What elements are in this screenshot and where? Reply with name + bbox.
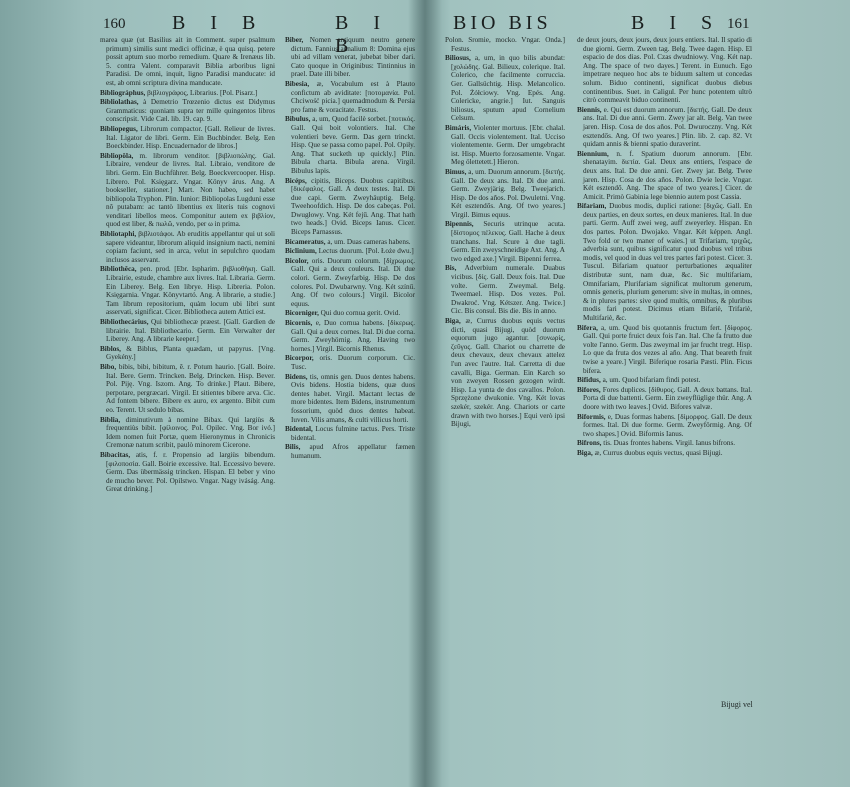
entry-definition: m. librorum venditor. [βιβλιοπώλης. Gal.… xyxy=(106,152,275,229)
entry-definition: a, um. Quod bifariam findi potest. xyxy=(603,376,701,384)
dictionary-entry: Bibliográphus, βιβλιογράφος, Librarius. … xyxy=(100,89,275,98)
entry-headword: Bibliopegus, xyxy=(100,125,138,133)
page-number-left: 160 xyxy=(103,16,126,33)
right-column-2: de deux jours, deux jours, deux jours en… xyxy=(577,36,752,676)
dictionary-entry: Bicameratus, a, um. Duas cameras habens. xyxy=(285,238,415,247)
entry-headword: Biformis, xyxy=(577,413,606,421)
entry-definition: Polon. Sromie, mocko. Vngar. Onda.] Fest… xyxy=(445,36,565,53)
dictionary-entry: Bibo, bibis, bibi, bibitum, ĕ. r. Potum … xyxy=(100,363,275,415)
entry-headword: Bidens, xyxy=(285,373,308,381)
entry-headword: Biennium, xyxy=(577,150,609,158)
entry-headword: Biclinium, xyxy=(285,247,317,255)
dictionary-entry: Bimus, a, um. Duorum annorum. [διετής. G… xyxy=(445,168,565,220)
right-column-1: Polon. Sromie, mocko. Vngar. Onda.] Fest… xyxy=(445,36,565,696)
entry-definition: bibis, bibi, bibitum, ĕ. r. Potum haurio… xyxy=(106,363,275,414)
dictionary-entry: Bibliothecárius, Qui bibliothecæ præest.… xyxy=(100,318,275,344)
dictionary-entry: Bidens, tis, omnis gen. Duos dentes habe… xyxy=(285,373,415,425)
entry-definition: æ, Vocabulum est à Plauto confictum ab a… xyxy=(291,80,415,114)
entry-headword: Bifores, xyxy=(577,386,601,394)
entry-definition: Fores duplices. [δίθυρος. Gall. A deux b… xyxy=(583,386,752,411)
entry-headword: Biennis, xyxy=(577,106,602,114)
dictionary-entry: de deux jours, deux jours, deux jours en… xyxy=(577,36,752,105)
dictionary-entry: Bibacitas, atis, f. r. Propensio ad larg… xyxy=(100,451,275,494)
entry-definition: de deux jours, deux jours, deux jours en… xyxy=(577,36,752,104)
dictionary-entry: Bicolor, oris. Duorum colorum. [δίχρωμος… xyxy=(285,257,415,309)
dictionary-entry: Biga, æ, Currus duobus equis vectus, qua… xyxy=(577,449,752,458)
entry-headword: Bicorniger, xyxy=(285,309,319,317)
page-number-right: 161 xyxy=(727,16,750,33)
entry-headword: Bidental, xyxy=(285,425,313,433)
catchword: Bijugi vel xyxy=(721,700,753,709)
entry-headword: Bicornis, xyxy=(285,319,312,327)
entry-headword: Bibliotaphi, xyxy=(100,230,136,238)
running-head-right-col1: BIO BIS xyxy=(453,12,552,35)
entry-definition: apud Afros appellatur fæmen humanum. xyxy=(291,443,415,460)
entry-headword: Bibulus, xyxy=(285,115,310,123)
dictionary-entry: Biclinium, Lectus duorum. [Pol. Łoże dwu… xyxy=(285,247,415,256)
dictionary-entry: Bifera, a, um. Quod bis quotannis fructu… xyxy=(577,324,752,376)
dictionary-entry: Polon. Sromie, mocko. Vngar. Onda.] Fest… xyxy=(445,36,565,53)
entry-definition: a, um. Duorum annorum. [διετής. Gall. De… xyxy=(451,168,565,219)
entry-definition: Duobus modis, duplici ratione: [διχῶς. G… xyxy=(583,202,752,322)
entry-definition: a, um. Duas cameras habens. xyxy=(327,238,410,246)
entry-headword: Bibo, xyxy=(100,363,116,371)
dictionary-entry: Bibliopegus, Librorum compactor. [Gall. … xyxy=(100,125,275,151)
entry-definition: Qui duo cornua gerit. Ovid. xyxy=(321,309,400,317)
entry-headword: Bibliopôla, xyxy=(100,152,133,160)
entry-definition: n. f. Spatium duorum annorum. [Ebr. shen… xyxy=(583,150,752,201)
entry-definition: pen. prod. [Ebr. Ispharim. βιβλιοθήκη. G… xyxy=(106,265,275,316)
entry-definition: βιβλιογράφος, Librarius. [Pol. Pisarz.] xyxy=(147,89,257,97)
entry-definition: e. Qui est duorum annorum. [διετής. Gall… xyxy=(583,106,752,148)
entry-headword: Bilis, xyxy=(285,443,300,451)
entry-headword: Bibliothêca, xyxy=(100,265,137,273)
entry-headword: Biga, xyxy=(445,317,461,325)
entry-definition: cipitis, Biceps. Duobus capitibus. [δικέ… xyxy=(291,177,415,237)
entry-headword: Bifrons, xyxy=(577,439,601,447)
dictionary-entry: Biennis, e. Qui est duorum annorum. [διε… xyxy=(577,106,752,149)
entry-definition: a, um, in quo bilis abundat: [χολώδης. G… xyxy=(451,54,565,122)
entry-headword: Bibliothecárius, xyxy=(100,318,149,326)
dictionary-entry: Bis, Adverbium numerale. Duabus vicibus.… xyxy=(445,264,565,316)
entry-headword: Bibliográphus, xyxy=(100,89,145,97)
entry-definition: Adverbium numerale. Duabus vicibus. [δίς… xyxy=(451,264,565,315)
dictionary-entry: Bimáris, Violenter mortuus. [Ebr. chalal… xyxy=(445,124,565,167)
entry-headword: Bibliolathas, xyxy=(100,98,139,106)
left-column-1: marea quæ (ut Basilius ait in Comment. s… xyxy=(100,36,275,656)
left-page: 160 B I B B I B marea quæ (ut Basilius a… xyxy=(0,0,425,787)
entry-headword: Bifidus, xyxy=(577,376,601,384)
dictionary-entry: Bibliolathas, à Demetrio Trœzenio dictus… xyxy=(100,98,275,124)
entry-definition: æ, Currus duobus equis vectus dicti, qua… xyxy=(451,317,565,428)
dictionary-entry: Bibliothêca, pen. prod. [Ebr. Ispharim. … xyxy=(100,265,275,317)
dictionary-entry: Biformis, e, Duas formas habens. [δίμορφ… xyxy=(577,413,752,439)
entry-definition: tis, omnis gen. Duos dentes habens. Ovis… xyxy=(291,373,415,424)
dictionary-entry: Biennium, n. f. Spatium duorum annorum. … xyxy=(577,150,752,202)
entry-headword: Bicéps, xyxy=(285,177,307,185)
entry-definition: æ, Currus duobus equis vectus, quasi Bij… xyxy=(595,449,723,457)
entry-headword: Bifera, xyxy=(577,324,598,332)
dictionary-entry: Bicorpor, oris. Duorum corporum. Cic. Tu… xyxy=(285,354,415,371)
entry-headword: Bicameratus, xyxy=(285,238,326,246)
dictionary-entry: Bibliotaphi, βιβλιοτάφοι. Ab eruditis ap… xyxy=(100,230,275,264)
book-spread: 160 B I B B I B marea quæ (ut Basilius a… xyxy=(0,0,850,787)
entry-headword: Bifariam, xyxy=(577,202,606,210)
dictionary-entry: Bibliopôla, m. librorum venditor. [βιβλι… xyxy=(100,152,275,229)
entry-definition: e, Duas formas habens. [δίμορφος. Gall. … xyxy=(583,413,752,438)
entry-headword: Bimáris, xyxy=(445,124,471,132)
dictionary-entry: Biblia, diminutivum à nomine Bibax. Qui … xyxy=(100,416,275,450)
dictionary-entry: Bibulus, a, um, Quod facilè sorbet. [ποτ… xyxy=(285,115,415,175)
dictionary-entry: Bipennis, Securis utrinque acuta. [δίστο… xyxy=(445,220,565,263)
dictionary-entry: Bilis, apud Afros appellatur fæmen human… xyxy=(285,443,415,460)
dictionary-entry: Bicornis, e, Duo cornua habens. [δίκερως… xyxy=(285,319,415,353)
entry-headword: Bipennis, xyxy=(445,220,474,228)
entry-headword: Bicorpor, xyxy=(285,354,314,362)
left-column-2: Biber, Nomen antiquum neutro genere dict… xyxy=(285,36,415,666)
entry-definition: & Biblus, Planta quædam, ut papyrus. [Vn… xyxy=(106,345,275,362)
entry-headword: Biblia, xyxy=(100,416,120,424)
dictionary-entry: Bifores, Fores duplices. [δίθυρος. Gall.… xyxy=(577,386,752,412)
dictionary-entry: Biga, æ, Currus duobus equis vectus dict… xyxy=(445,317,565,429)
dictionary-entry: Bidental, Locus fulmine tactus. Pers. Tr… xyxy=(285,425,415,442)
entry-headword: Bibesia, xyxy=(285,80,309,88)
dictionary-entry: Bicéps, cipitis, Biceps. Duobus capitibu… xyxy=(285,177,415,237)
entry-headword: Biliosus, xyxy=(445,54,471,62)
dictionary-entry: Bifrons, tis. Duas frontes habens. Virgi… xyxy=(577,439,752,448)
dictionary-entry: Bifidus, a, um. Quod bifariam findi pote… xyxy=(577,376,752,385)
entry-headword: Bicolor, xyxy=(285,257,309,265)
entry-headword: Biga, xyxy=(577,449,593,457)
dictionary-entry: Bifariam, Duobus modis, duplici ratione:… xyxy=(577,202,752,322)
entry-headword: Biblos, xyxy=(100,345,121,353)
dictionary-entry: Bicorniger, Qui duo cornua gerit. Ovid. xyxy=(285,309,415,318)
entry-headword: Bimus, xyxy=(445,168,466,176)
dictionary-entry: Bibesia, æ, Vocabulum est à Plauto confi… xyxy=(285,80,415,114)
dictionary-entry: Biliosus, a, um, in quo bilis abundat: [… xyxy=(445,54,565,123)
entry-definition: Nomen antiquum neutro genere dictum. Fan… xyxy=(291,36,415,78)
dictionary-entry: Biber, Nomen antiquum neutro genere dict… xyxy=(285,36,415,79)
entry-definition: marea quæ (ut Basilius ait in Comment. s… xyxy=(100,36,275,87)
right-page: BIO BIS B I S 161 Polon. Sromie, mocko. … xyxy=(425,0,850,787)
entry-headword: Biber, xyxy=(285,36,303,44)
entry-definition: diminutivum à nomine Bibax. Qui largiùs … xyxy=(106,416,275,450)
dictionary-entry: marea quæ (ut Basilius ait in Comment. s… xyxy=(100,36,275,88)
entry-definition: oris. Duorum colorum. [δίχρωμος. Gall. Q… xyxy=(291,257,415,308)
entry-headword: Bibacitas, xyxy=(100,451,130,459)
entry-definition: atis, f. r. Propensio ad largiùs bibendu… xyxy=(106,451,275,493)
running-head-right-col2: B I S xyxy=(631,12,722,35)
dictionary-entry: Biblos, & Biblus, Planta quædam, ut papy… xyxy=(100,345,275,362)
entry-definition: Lectus duorum. [Pol. Łoże dwu.] xyxy=(319,247,414,255)
entry-definition: a, um. Quod bis quotannis fructum fert. … xyxy=(583,324,752,375)
entry-headword: Bis, xyxy=(445,264,456,272)
entry-definition: tis. Duas frontes habens. Virgil. Ianus … xyxy=(603,439,735,447)
running-head-left-col1: B I B xyxy=(172,12,265,35)
entry-definition: a, um, Quod facilè sorbet. [ποτικός. Gal… xyxy=(291,115,415,175)
